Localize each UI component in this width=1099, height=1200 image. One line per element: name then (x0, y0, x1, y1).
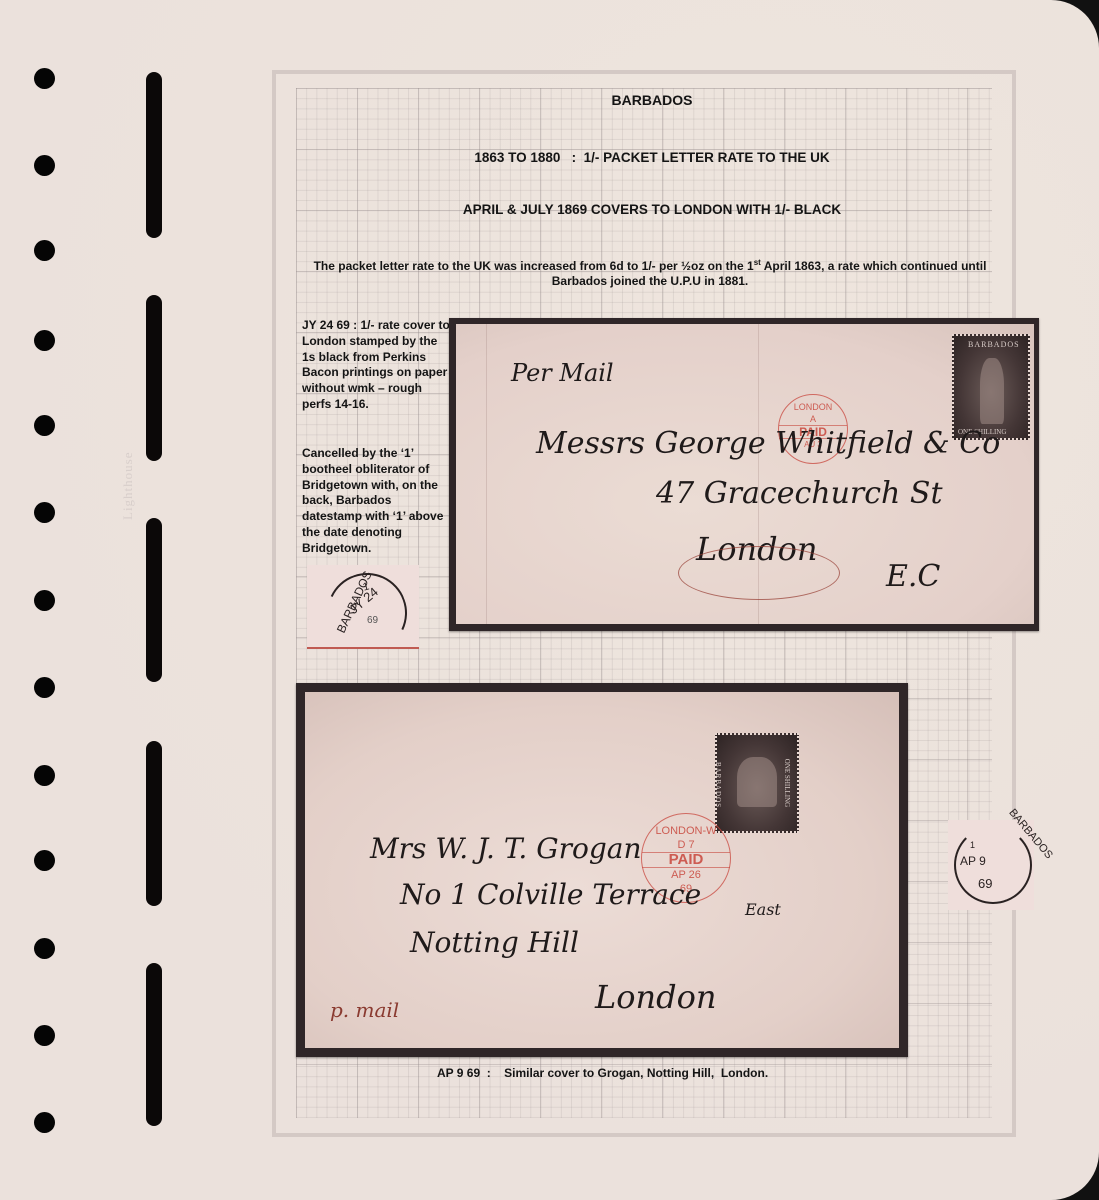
postmark-line: LONDON-W (642, 824, 730, 838)
cover2-stamp: BARBADOS ONE SHILLING (715, 733, 799, 833)
postmark-line: A (779, 413, 847, 425)
cover1-address-line2: 47 Gracechurch St (656, 476, 943, 511)
binder-hole (34, 1112, 55, 1133)
cover1-endorsement: Per Mail (511, 359, 614, 387)
binder-hole (34, 1025, 55, 1046)
cover1-description: JY 24 69 : 1/- rate cover to London stam… (302, 318, 452, 413)
stamp-left-label: BARBADOS (714, 762, 722, 808)
stamp-top-label: BARBADOS (968, 340, 1020, 349)
datestamp-mid: 1 (970, 840, 975, 850)
cover1-backstamp-piece: BARBADOS 1 JY 24 69 (307, 565, 419, 649)
cover1-stamp: BARBADOS ONE SHILLING (952, 334, 1030, 440)
section-title: APRIL & JULY 1869 COVERS TO LONDON WITH … (272, 202, 1032, 217)
cover2-mount: BARBADOS ONE SHILLING LONDON-W D 7 PAID … (296, 683, 908, 1057)
binder-hole (34, 938, 55, 959)
binder-hole (34, 502, 55, 523)
page-title: BARBADOS (272, 92, 1032, 108)
binder-slot (146, 295, 162, 461)
cover2: BARBADOS ONE SHILLING LONDON-W D 7 PAID … (305, 692, 899, 1048)
intro-text-part1: The packet letter rate to the UK was inc… (314, 259, 754, 273)
cover1-address-line1: Messrs George Whitfield & Co (536, 426, 1000, 461)
binder-hole (34, 677, 55, 698)
binder-hole (34, 590, 55, 611)
datestamp-date: AP 9 (960, 854, 986, 868)
britannia-figure-icon (737, 757, 777, 807)
album-page: Lighthouse BARBADOS 1863 TO 1880 : 1/- P… (0, 0, 1099, 1200)
stamp-right-label: ONE SHILLING (783, 759, 791, 807)
cover2-backstamp-piece: BARBADOS 1 AP 9 69 (948, 820, 1034, 910)
datestamp-year: 69 (367, 615, 378, 626)
binder-slot (146, 72, 162, 238)
cover2-address-line1: Mrs W. J. T. Grogan (370, 832, 641, 865)
intro-text-sup: st (754, 258, 761, 267)
cover2-endorsement: p. mail (330, 998, 399, 1022)
datestamp-year: 69 (978, 876, 992, 891)
cover1-mount: BARBADOS ONE SHILLING LONDON A PAID AU 3… (449, 318, 1039, 631)
binder-hole (34, 415, 55, 436)
fold-line (486, 324, 487, 624)
red-crayon-oval (678, 546, 840, 600)
cover2-address-east: East (745, 900, 781, 919)
binder-hole (34, 240, 55, 261)
page-subtitle: 1863 TO 1880 : 1/- PACKET LETTER RATE TO… (272, 150, 1032, 165)
binder-hole (34, 850, 55, 871)
postmark-line: PAID (642, 852, 730, 868)
cover2-address-line3: Notting Hill (410, 926, 579, 959)
postmark-line: LONDON (779, 401, 847, 413)
watermark: Lighthouse (120, 452, 136, 521)
binder-hole (34, 68, 55, 89)
binder-slot (146, 963, 162, 1126)
cover1-cancel-note: Cancelled by the ‘1’ bootheel obliterato… (302, 446, 452, 557)
cover1-address-line4: E.C (886, 559, 940, 594)
cover2-address-line2: No 1 Colville Terrace (400, 878, 701, 911)
binder-slot (146, 741, 162, 906)
binder-hole (34, 155, 55, 176)
binder-hole (34, 765, 55, 786)
postmark-line: D 7 (642, 838, 730, 852)
intro-text: The packet letter rate to the UK was inc… (300, 255, 1000, 289)
binder-slot (146, 518, 162, 682)
cover2-address-line4: London (595, 978, 716, 1016)
cover2-caption: AP 9 69 : Similar cover to Grogan, Notti… (437, 1066, 768, 1080)
britannia-figure-icon (980, 358, 1004, 424)
binder-hole (34, 330, 55, 351)
cover1: BARBADOS ONE SHILLING LONDON A PAID AU 3… (456, 324, 1034, 624)
